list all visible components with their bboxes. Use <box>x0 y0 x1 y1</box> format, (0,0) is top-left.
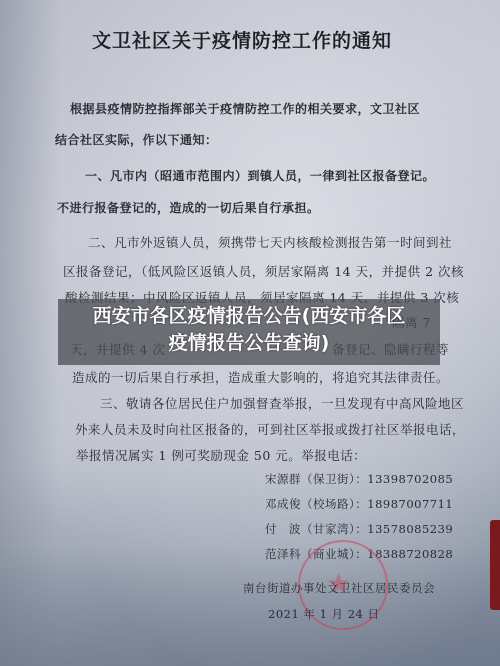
signature: 南台街道办事处文卫社区居民委员会 <box>243 580 435 596</box>
notice-title: 文卫社区关于疫情防控工作的通知 <box>92 26 392 53</box>
section1-line-1: 一、凡市内（昭通市范围内）到镇人员，一律到社区报备登记。 <box>85 167 435 184</box>
section3-line-2: 外来人员未及时向社区报备的，可到社区举报或拨打社区举报电话， <box>75 420 465 438</box>
intro-line-1: 根据县疫情防控指挥部关于疫情防控工作的相关要求，文卫社区 <box>70 100 420 117</box>
intro-line-2: 结合社区实际，作以下通知： <box>55 131 218 148</box>
section1-line-2: 不进行报备登记的，造成的一切后果自行承担。 <box>57 199 320 216</box>
headline-line-2: 疫情报告公告查询) <box>58 330 440 357</box>
contact-name: 宋源群（保卫街）： <box>265 472 367 486</box>
section2-line-6: 造成的一切后果自行承担，造成重大影响的，将追究其法律责任。 <box>72 368 449 386</box>
contact-phone: 18987007711 <box>367 497 453 511</box>
section3-line-3: 举报情况属实 1 例可奖励现金 50 元。举报电话： <box>76 446 366 464</box>
contact-name: 付 波（甘家湾）： <box>265 522 367 536</box>
section2-line-1: 二、凡市外返镇人员，须携带七天内核酸检测报告第一时间到社 <box>88 233 452 251</box>
red-object-edge <box>490 520 500 610</box>
headline-line-1: 西安市各区疫情报告公告(西安市各区 <box>58 303 440 330</box>
section2-line-2: 区报备登记，（低风险区返镇人员，须居家隔离 14 天，并提供 2 次核 <box>63 262 464 280</box>
contact-name: 邓成俊（校场路）： <box>265 497 367 511</box>
contact-row: 宋源群（保卫街）：13398702085 <box>265 471 453 487</box>
notice-date: 2021 年 1 月 24 日 <box>268 606 380 622</box>
contact-row: 付 波（甘家湾）：13578085239 <box>265 521 453 537</box>
contact-row: 邓成俊（校场路）：18987007711 <box>265 496 453 512</box>
contact-phone: 13578085239 <box>367 522 453 536</box>
section3-line-1: 三、敬请各位居民住户加强督查举报，一旦发现有中高风险地区 <box>100 394 464 412</box>
bottom-shadow <box>0 546 500 666</box>
headline-overlay[interactable]: 西安市各区疫情报告公告(西安市各区 疫情报告公告查询) <box>58 303 440 357</box>
contact-phone: 13398702085 <box>367 472 453 486</box>
